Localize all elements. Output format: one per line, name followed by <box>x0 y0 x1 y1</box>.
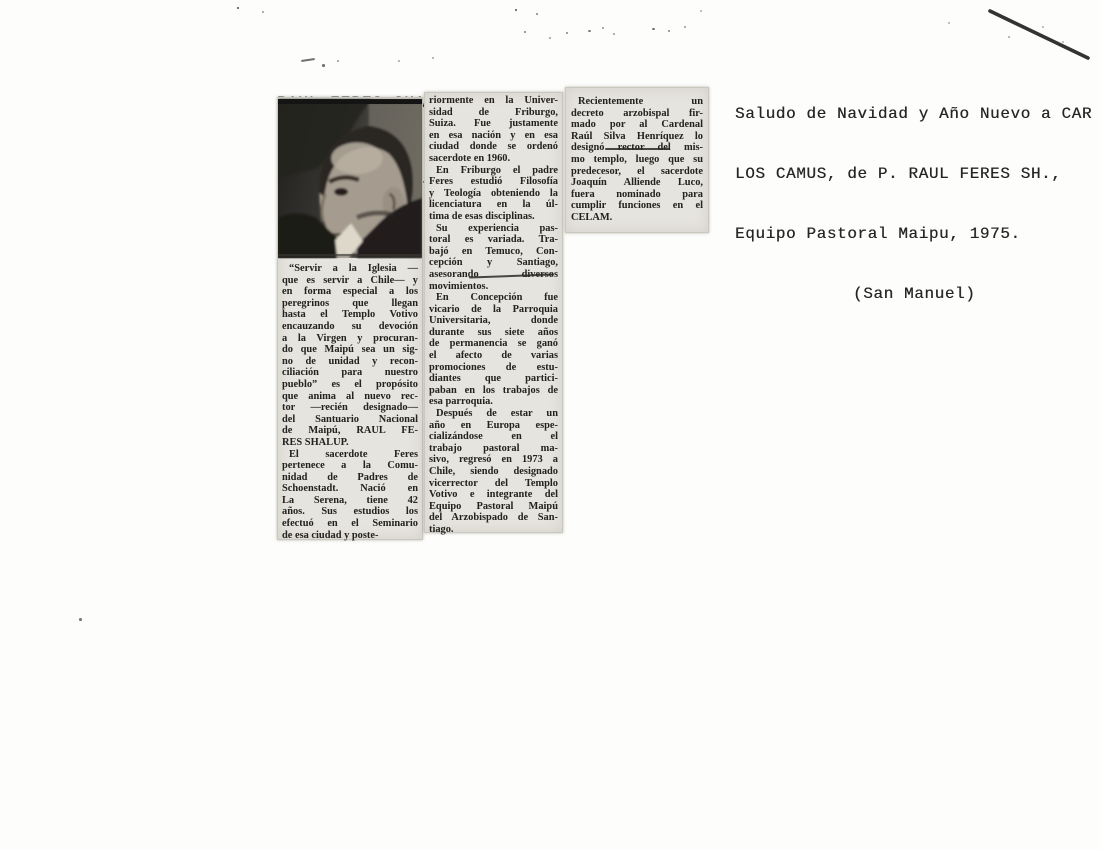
news-line: La Serena, tiene 42 <box>282 495 418 507</box>
scan-speck <box>524 31 526 33</box>
news-line: mo templo, luego que su <box>571 154 703 166</box>
clipping-column-3: Recientemente undecreto arzobispal fir-m… <box>565 87 709 233</box>
news-line: decreto arzobispal fir- <box>571 108 703 120</box>
scan-speck <box>432 57 434 59</box>
news-line: designó rector del mis- <box>571 142 703 154</box>
news-line: CELAM. <box>571 212 703 224</box>
news-line: Equipo Pastoral Maipú <box>429 501 558 513</box>
news-line: en forma especial a los <box>282 286 418 298</box>
news-line: cumplir funciones en el <box>571 200 703 212</box>
news-line: de permanencia se ganó <box>429 338 558 350</box>
news-line: vicerrector del Templo <box>429 478 558 490</box>
news-line: año en Europa espe- <box>429 420 558 432</box>
note-line: (San Manuel) <box>735 284 1092 304</box>
news-line: durante sus siete años <box>429 327 558 339</box>
news-line: promociones de estu- <box>429 362 558 374</box>
news-line: Joaquín Alliende Luco, <box>571 177 703 189</box>
scan-speck <box>237 7 239 9</box>
news-column-3-text: Recientemente undecreto arzobispal fir-m… <box>566 88 708 224</box>
scan-speck <box>262 11 264 13</box>
news-line: que anima al nuevo rec- <box>282 391 418 403</box>
news-line: tor —recién designado— <box>282 402 418 414</box>
scan-speck <box>588 30 591 32</box>
news-line: nidad de Padres de <box>282 472 418 484</box>
news-line: Después de estar un <box>429 408 558 420</box>
news-line: que es servir a Chile— y <box>282 275 418 287</box>
news-line: efectuó en el Seminario <box>282 518 418 530</box>
portrait-photo <box>278 98 422 259</box>
scan-speck <box>337 60 339 62</box>
news-line: toral es variada. Tra- <box>429 234 558 246</box>
note-line: Saludo de Navidad y Año Nuevo a CAR <box>735 104 1092 124</box>
news-line: cializándose en el <box>429 431 558 443</box>
news-line: del Santuario Nacional <box>282 414 418 426</box>
scan-speck <box>684 26 686 28</box>
news-line: bajó en Temuco, Con- <box>429 246 558 258</box>
clipping-column-1: “Servir a la Iglesia —que es servir a Ch… <box>277 97 423 540</box>
scan-speck <box>566 32 568 34</box>
scan-speck <box>613 33 615 35</box>
news-column-2-text: riormente en la Univer-sidad de Friburgo… <box>425 93 562 536</box>
scan-speck <box>668 30 670 32</box>
news-line: Votivo e integrante del <box>429 489 558 501</box>
news-line: Schoenstadt. Nació en <box>282 483 418 495</box>
news-line: asesorando diversos <box>429 269 558 281</box>
scan-speck <box>398 60 400 62</box>
news-line: vicario de la Parroquia <box>429 304 558 316</box>
scan-speck <box>700 10 702 12</box>
scan-speck <box>1062 41 1064 43</box>
news-line: licenciatura en la úl- <box>429 199 558 211</box>
news-line: El sacerdote Feres <box>282 449 418 461</box>
news-line: en esa nación y en esa <box>429 130 558 142</box>
note-line: LOS CAMUS, de P. RAUL FERES SH., <box>735 164 1092 184</box>
news-line: Universitaria, donde <box>429 315 558 327</box>
news-line: movimientos. <box>429 281 558 293</box>
news-line: el afecto de varias <box>429 350 558 362</box>
pen-stroke <box>980 3 1098 65</box>
news-line: hasta el Templo Votivo <box>282 309 418 321</box>
news-line: y Teología obteniendo la <box>429 188 558 200</box>
news-line: trabajo pastoral ma- <box>429 443 558 455</box>
news-line: tiago. <box>429 524 558 536</box>
news-line: de esa ciudad y poste- <box>282 530 418 542</box>
news-line: de Maipú, RAUL FE- <box>282 425 418 437</box>
news-line: años. Sus estudios los <box>282 506 418 518</box>
news-line: ciliación para nuestro <box>282 367 418 379</box>
news-line: ciudad donde se ordenó <box>429 141 558 153</box>
scan-speck <box>602 27 604 29</box>
news-line: sacerdote en 1960. <box>429 153 558 165</box>
news-line: Feres estudió Filosofía <box>429 176 558 188</box>
scan-speck <box>536 13 538 15</box>
news-line: Su experiencia pas- <box>429 223 558 235</box>
scan-speck <box>652 28 655 30</box>
news-line: cepción y Santiago, <box>429 257 558 269</box>
typed-note: Saludo de Navidad y Año Nuevo a CAR LOS … <box>735 64 1092 324</box>
news-line: peregrinos que llegan <box>282 298 418 310</box>
news-line: Raúl Silva Henríquez lo <box>571 131 703 143</box>
news-line: paban en los trabajos de <box>429 385 558 397</box>
news-line: do que Maipú sea un sig- <box>282 344 418 356</box>
news-line: RES SHALUP. <box>282 437 418 449</box>
news-line: Suiza. Fue justamente <box>429 118 558 130</box>
news-line: a la Virgen y procuran- <box>282 333 418 345</box>
news-line: esa parroquia. <box>429 396 558 408</box>
scan-speck <box>1042 26 1044 28</box>
news-line: Recientemente un <box>571 96 703 108</box>
scan-speck <box>322 64 325 67</box>
news-line: riormente en la Univer- <box>429 95 558 107</box>
news-line: En Friburgo el padre <box>429 165 558 177</box>
clipping-column-2: riormente en la Univer-sidad de Friburgo… <box>424 92 563 533</box>
news-line: del Arzobispado de San- <box>429 512 558 524</box>
news-line: pueblo” es el propósito <box>282 379 418 391</box>
scan-speck <box>549 37 551 39</box>
news-line: no de unidad y recon- <box>282 356 418 368</box>
scan-speck <box>948 22 950 24</box>
news-line: tima de esas disciplinas. <box>429 211 558 223</box>
scan-speck <box>1008 36 1010 38</box>
news-column-1-text: “Servir a la Iglesia —que es servir a Ch… <box>278 259 422 541</box>
news-line: diantes que partici- <box>429 373 558 385</box>
note-line: Equipo Pastoral Maipu, 1975. <box>735 224 1092 244</box>
news-line: “Servir a la Iglesia — <box>282 263 418 275</box>
news-line: fuera nominado para <box>571 189 703 201</box>
scan-speck <box>79 618 82 621</box>
news-line: sidad de Friburgo, <box>429 107 558 119</box>
news-line: En Concepción fue <box>429 292 558 304</box>
news-line: predecesor, el sacerdote <box>571 166 703 178</box>
news-line: encauzando su devoción <box>282 321 418 333</box>
news-line: sivo, regresó en 1973 a <box>429 454 558 466</box>
news-line: mado por al Cardenal <box>571 119 703 131</box>
news-line: pertenece a la Comu- <box>282 460 418 472</box>
scan-speck <box>515 9 517 11</box>
news-line: Chile, siendo designado <box>429 466 558 478</box>
